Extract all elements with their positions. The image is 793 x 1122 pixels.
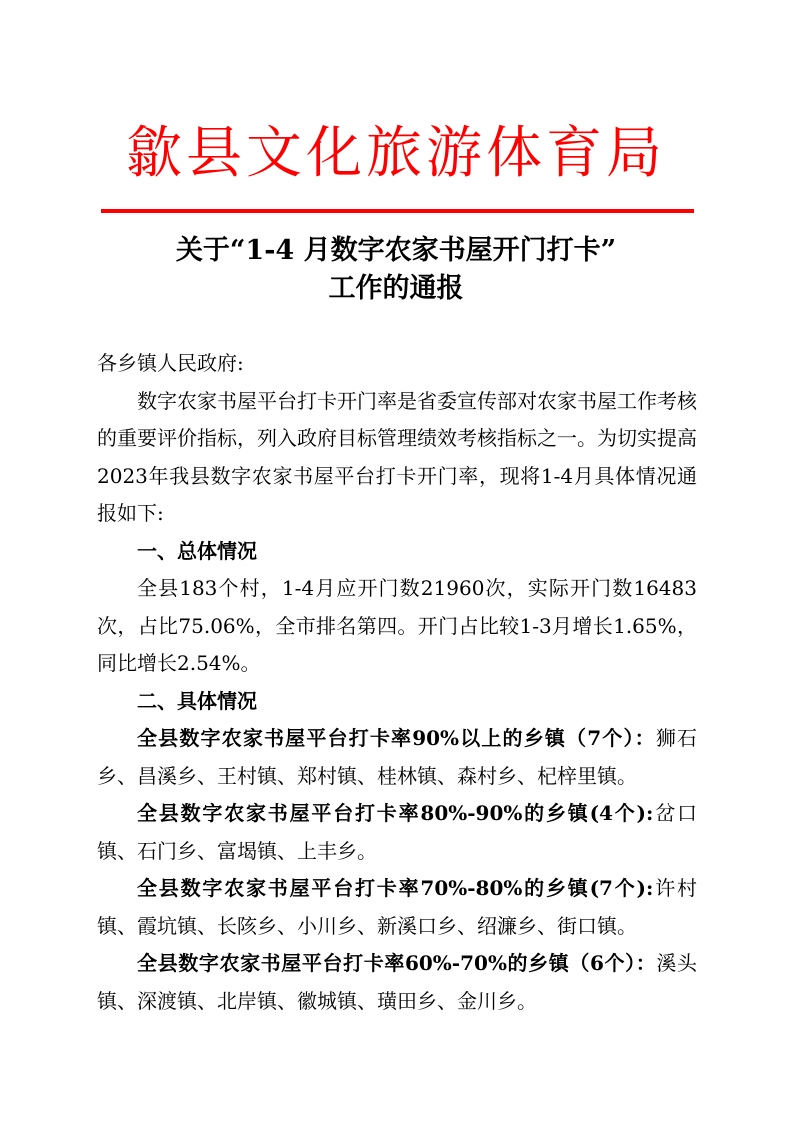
section-heading-overall: 一、总体情况 xyxy=(97,533,697,571)
salutation: 各乡镇人民政府: xyxy=(97,345,697,383)
tier-paragraph-90-plus: 全县数字农家书屋平台打卡率90%以上的乡镇（7个）：狮石乡、昌溪乡、王村镇、郑村… xyxy=(97,720,697,795)
document-title: 关于“1-4 月数字农家书屋开门打卡” 工作的通报 xyxy=(96,232,696,308)
tier-paragraph-70-80: 全县数字农家书屋平台打卡率70%-80%的乡镇(7个):许村镇、霞坑镇、长陔乡、… xyxy=(97,870,697,945)
title-line-2: 工作的通报 xyxy=(96,270,696,308)
title-line-1: 关于“1-4 月数字农家书屋开门打卡” xyxy=(96,232,696,270)
section-heading-details: 二、具体情况 xyxy=(97,683,697,721)
tier-label: 全县数字农家书屋平台打卡率80%-90%的乡镇(4个): xyxy=(137,801,653,825)
tier-label: 全县数字农家书屋平台打卡率90%以上的乡镇（7个）： xyxy=(137,726,656,750)
tier-label: 全县数字农家书屋平台打卡率60%-70%的乡镇（6个）： xyxy=(137,951,656,975)
document-body: 各乡镇人民政府: 数字农家书屋平台打卡开门率是省委宣传部对农家书屋工作考核的重要… xyxy=(97,345,697,1020)
masthead-org-name: 歙县文化旅游体育局 xyxy=(96,118,696,190)
red-divider-line xyxy=(101,209,694,213)
tier-label: 全县数字农家书屋平台打卡率70%-80%的乡镇(7个): xyxy=(137,876,653,900)
document-page: 歙县文化旅游体育局 关于“1-4 月数字农家书屋开门打卡” 工作的通报 各乡镇人… xyxy=(0,0,793,1122)
overall-paragraph: 全县183个村，1-4月应开门数21960次，实际开门数16483次，占比75.… xyxy=(97,570,697,683)
intro-paragraph: 数字农家书屋平台打卡开门率是省委宣传部对农家书屋工作考核的重要评价指标，列入政府… xyxy=(97,383,697,533)
tier-paragraph-80-90: 全县数字农家书屋平台打卡率80%-90%的乡镇(4个):岔口镇、石门乡、富堨镇、… xyxy=(97,795,697,870)
tier-paragraph-60-70: 全县数字农家书屋平台打卡率60%-70%的乡镇（6个）：溪头镇、深渡镇、北岸镇、… xyxy=(97,945,697,1020)
